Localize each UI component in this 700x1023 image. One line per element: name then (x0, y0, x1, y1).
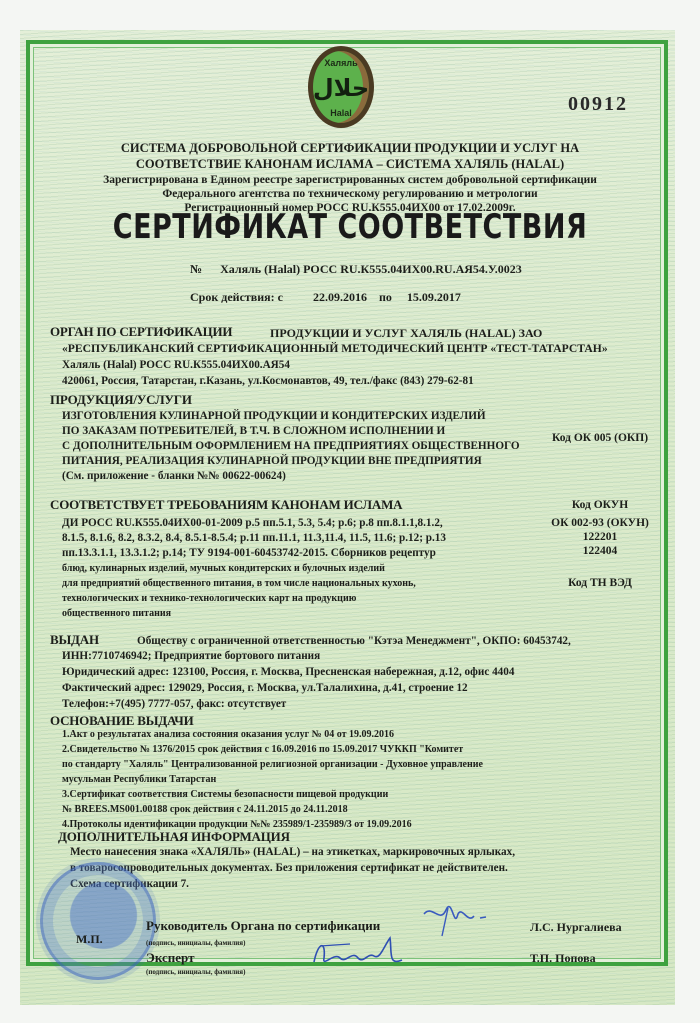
logo-top-text: Халяль (324, 58, 357, 68)
number-value: Халяль (Halal) РОСС RU.К555.04ИХ00.RU.АЯ… (220, 262, 522, 276)
expert-title: Эксперт (146, 950, 194, 966)
system-title-line: СООТВЕТСТВИЕ КАНОНАМ ИСЛАМА – СИСТЕМА ХА… (60, 156, 640, 172)
registration-line: Федерального агентства по техническому р… (60, 187, 640, 201)
okun-code: 122404 (540, 545, 660, 558)
validity-period: Срок действия: с 22.09.2016 по 15.09.201… (190, 290, 461, 305)
okp-code-label: Код ОК 005 (ОКП) (540, 432, 660, 445)
certificate-number: № Халяль (Halal) РОСС RU.К555.04ИХ00.RU.… (190, 262, 522, 277)
basis-line: по стандарту "Халяль" Централизованной р… (62, 758, 483, 772)
expert-name: Т.П. Попова (530, 951, 596, 966)
expert-caption: (подпись, инициалы, фамилия) (146, 968, 245, 976)
okun-code: 122201 (540, 531, 660, 544)
okun-standard: ОК 002-93 (ОКУН) (540, 517, 660, 530)
basis-heading: ОСНОВАНИЕ ВЫДАЧИ (50, 713, 194, 729)
product-line: С ДОПОЛНИТЕЛЬНЫМ ОФОРМЛЕНИЕМ НА ПРЕДПРИЯ… (62, 439, 520, 453)
product-line: ИЗГОТОВЛЕНИЯ КУЛИНАРНОЙ ПРОДУКЦИИ И КОНД… (62, 409, 486, 423)
certification-body-line: Халяль (Halal) РОСС RU.К555.04ИХ00.АЯ54 (62, 358, 290, 372)
product-line: ПИТАНИЯ, РЕАЛИЗАЦИЯ КУЛИНАРНОЙ ПРОДУКЦИИ… (62, 454, 482, 468)
head-signature-icon (418, 900, 488, 940)
issued-to-line: Телефон:+7(495) 7777-057, факс: отсутств… (62, 697, 286, 711)
compliance-line: 8.1.5, 8.1.6, 8.2, 8.3.2, 8.4, 8.5.1-8.5… (62, 531, 446, 545)
head-name: Л.С. Нургалиева (530, 920, 622, 935)
compliance-line: технологических и технико-технологически… (62, 592, 356, 606)
official-stamp (40, 862, 156, 980)
issued-to-line: Юридический адрес: 123100, Россия, г. Мо… (62, 665, 514, 679)
basis-line: 2.Свидетельство № 1376/2015 срок действи… (62, 743, 463, 757)
basis-line: 1.Акт о результатах анализа состояния ок… (62, 728, 394, 742)
compliance-line: пп.13.3.1.1, 13.3.1.2; р.14; ТУ 9194-001… (62, 546, 436, 560)
products-heading: ПРОДУКЦИЯ/УСЛУГИ (50, 392, 192, 408)
registration-line: Зарегистрирована в Едином реестре зареги… (60, 173, 640, 187)
issued-to-heading: ВЫДАН (50, 632, 99, 648)
certification-body-line: ПРОДУКЦИИ И УСЛУГ ХАЛЯЛЬ (HALAL) ЗАО (270, 326, 542, 340)
logo-bottom-text: Halal (330, 108, 352, 118)
compliance-line: блюд, кулинарных изделий, мучных кондите… (62, 562, 385, 576)
stamp-label: М.П. (76, 932, 103, 947)
halal-logo: Халяль حلال Halal (308, 46, 374, 128)
issued-to-line: Обществу с ограниченной ответственностью… (137, 634, 571, 648)
additional-info-line: Место нанесения знака «ХАЛЯЛЬ» (HALAL) –… (70, 845, 515, 859)
okun-label: Код ОКУН (540, 499, 660, 512)
certification-body-line: «РЕСПУБЛИКАНСКИЙ СЕРТИФИКАЦИОННЫЙ МЕТОДИ… (62, 342, 608, 356)
certification-body-heading: ОРГАН ПО СЕРТИФИКАЦИИ (50, 324, 232, 340)
valid-from: 22.09.2016 (313, 290, 367, 304)
valid-to-label: по (379, 290, 392, 304)
system-title: СИСТЕМА ДОБРОВОЛЬНОЙ СЕРТИФИКАЦИИ ПРОДУК… (60, 140, 640, 172)
product-line: ПО ЗАКАЗАМ ПОТРЕБИТЕЛЕЙ, В Т.Ч. В СЛОЖНО… (62, 424, 445, 438)
additional-info-heading: ДОПОЛНИТЕЛЬНАЯ ИНФОРМАЦИЯ (58, 829, 290, 845)
basis-line: № BREES.MS001.00188 срок действия с 24.1… (62, 803, 348, 817)
certificate-title: СЕРТИФИКАТ СООТВЕТСТВИЯ (60, 208, 640, 247)
issued-to-line: ИНН:7710746942; Предприятие бортового пи… (62, 649, 320, 663)
additional-info-line: в товаросопроводительных документах. Без… (70, 861, 508, 875)
number-label: № (190, 262, 202, 276)
valid-to: 15.09.2017 (407, 290, 461, 304)
compliance-line: общественного питания (62, 607, 171, 621)
basis-line: мусульман Республики Татарстан (62, 773, 216, 787)
logo-arabic-text: حلال (313, 76, 369, 100)
head-caption: (подпись, инициалы, фамилия) (146, 939, 245, 947)
issued-to-line: Фактический адрес: 129029, Россия, г. Мо… (62, 681, 468, 695)
tnved-label: Код ТН ВЭД (540, 577, 660, 590)
compliance-line: для предприятий общественного питания, в… (62, 577, 416, 591)
system-title-line: СИСТЕМА ДОБРОВОЛЬНОЙ СЕРТИФИКАЦИИ ПРОДУК… (60, 140, 640, 156)
compliance-line: ДИ РОСС RU.К555.04ИХ00-01-2009 р.5 пп.5.… (62, 516, 443, 530)
product-line: (См. приложение - бланки №№ 00622-00624) (62, 469, 286, 483)
basis-line: 3.Сертификат соответствия Системы безопа… (62, 788, 388, 802)
certification-body-line: 420061, Россия, Татарстан, г.Казань, ул.… (62, 374, 474, 388)
serial-number: 00912 (568, 93, 628, 116)
validity-label: Срок действия: с (190, 290, 283, 304)
compliance-heading: СООТВЕТСТВУЕТ ТРЕБОВАНИЯМ КАНОНАМ ИСЛАМА (50, 497, 402, 513)
expert-signature-icon (310, 932, 410, 976)
